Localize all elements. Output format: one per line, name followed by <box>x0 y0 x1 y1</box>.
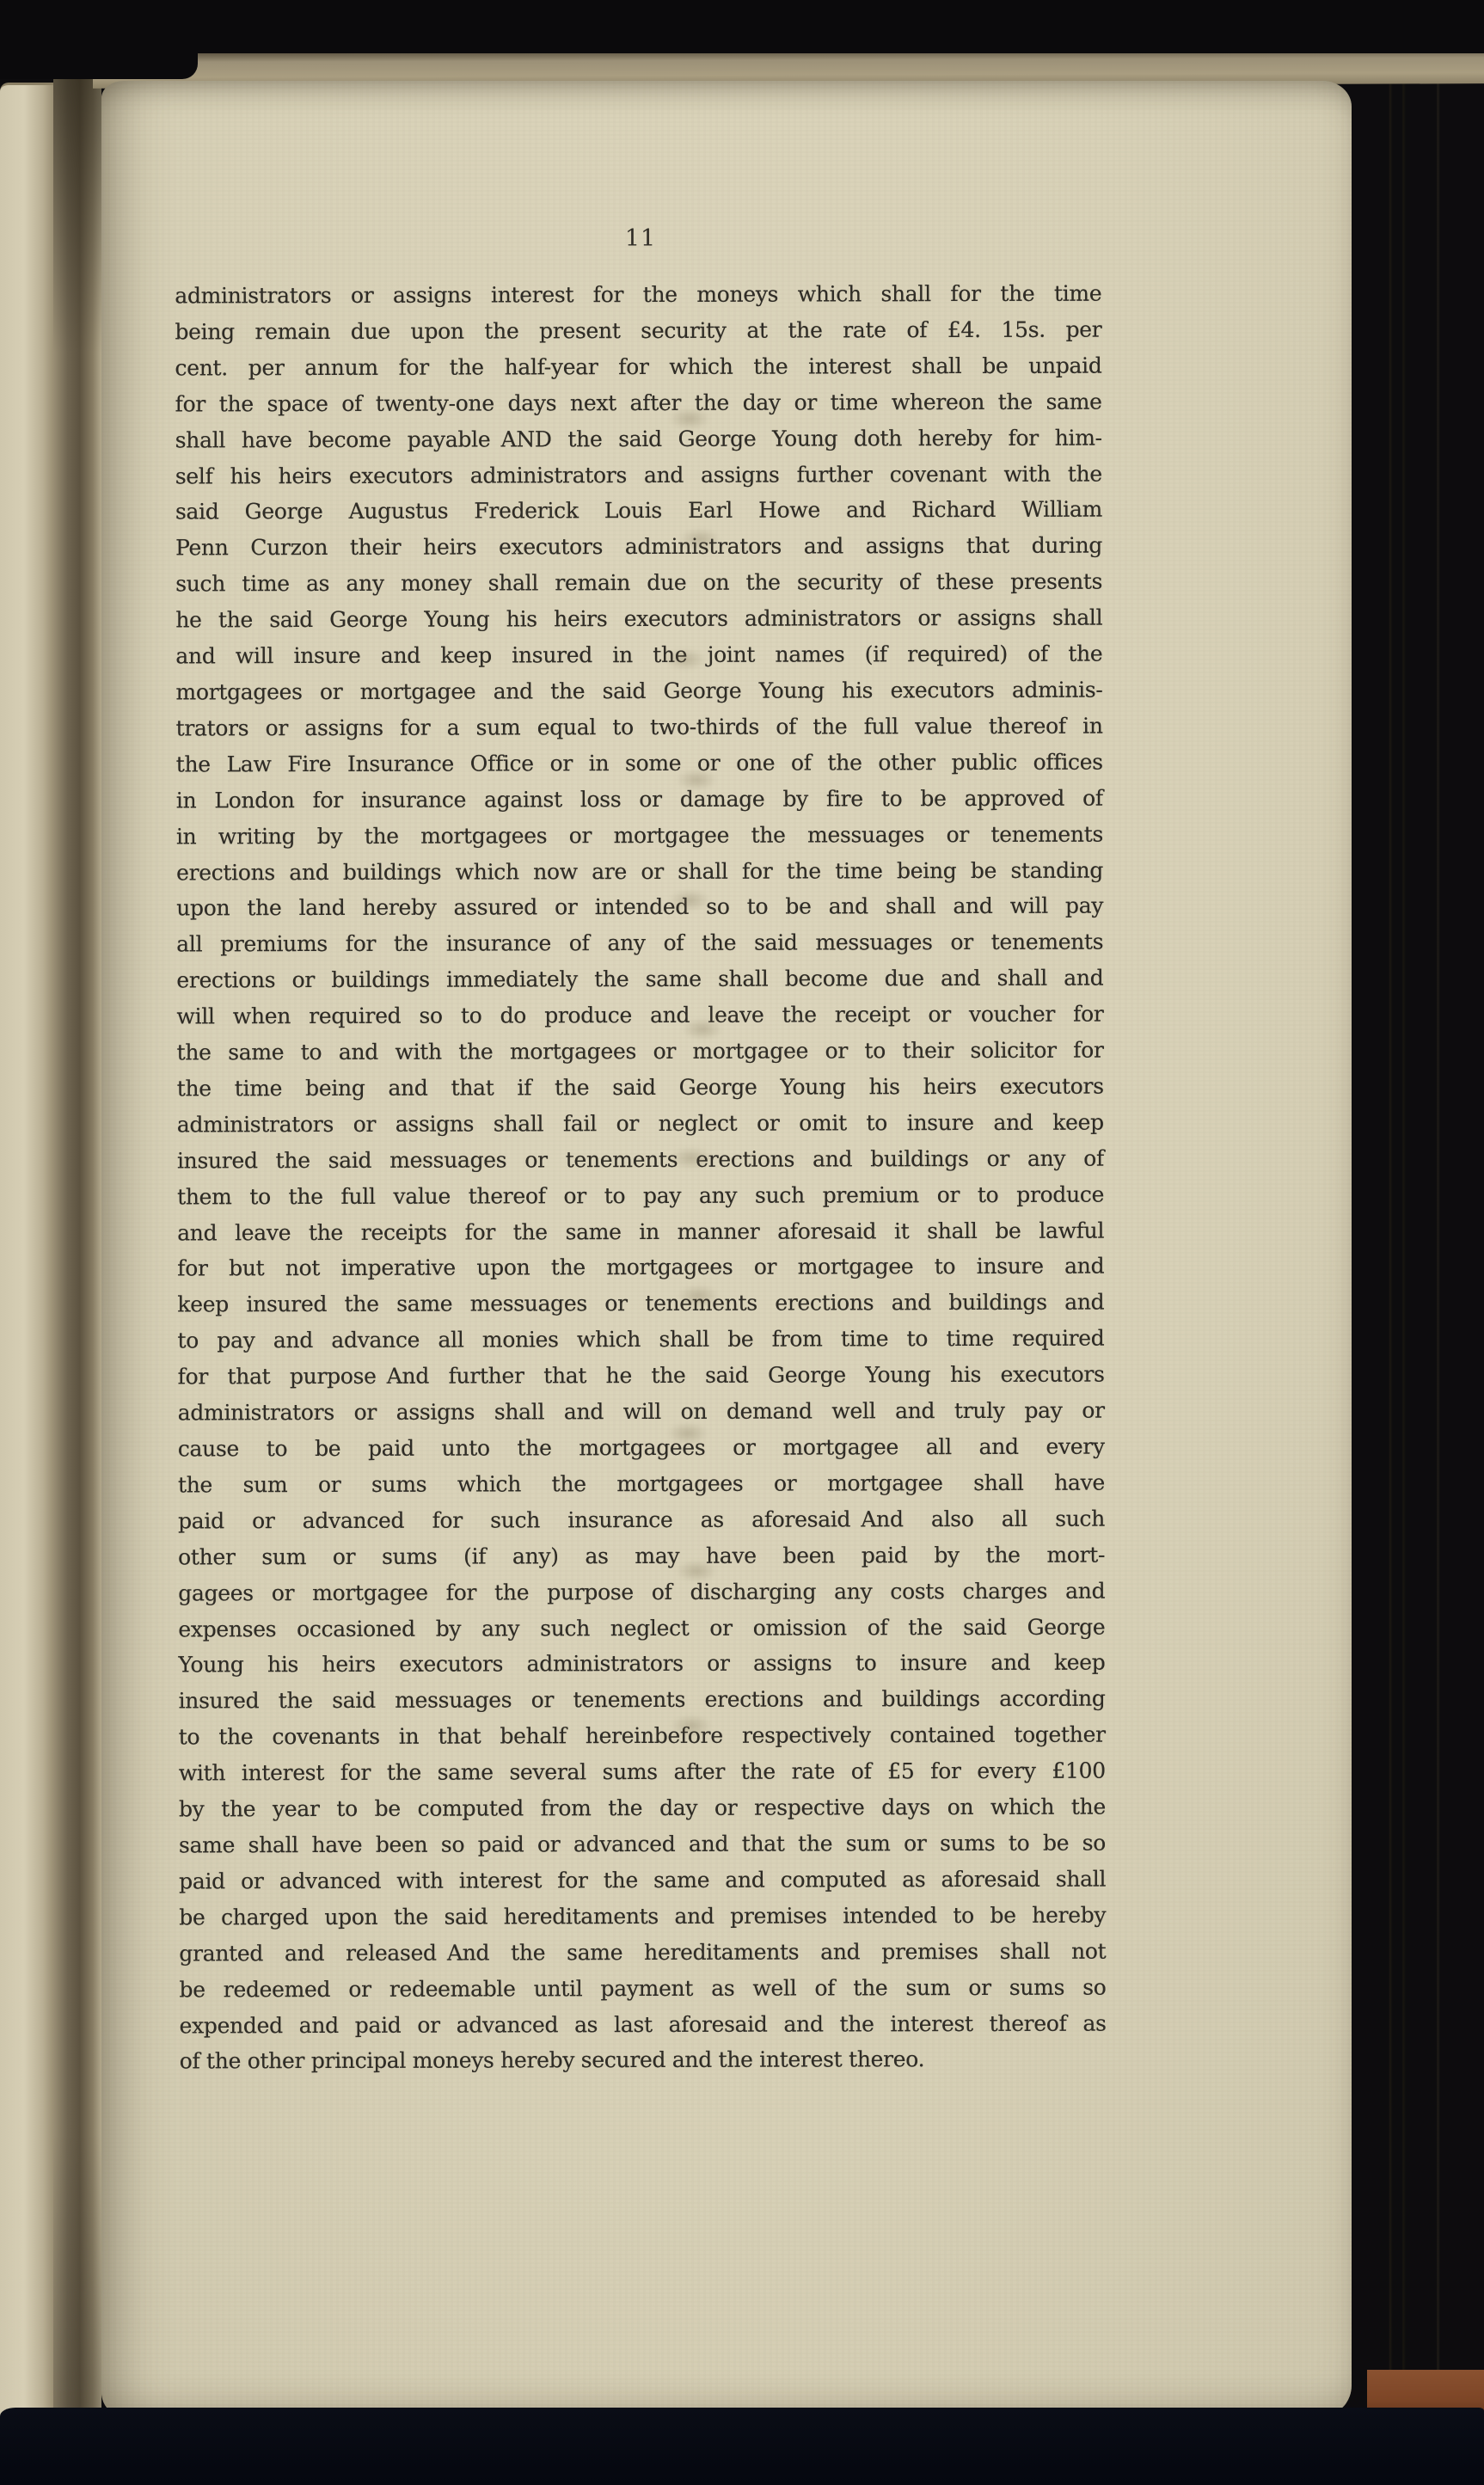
text-line: erections and buildings which now are or… <box>176 852 1103 891</box>
text-line: expenses occasioned by any such neglect … <box>178 1609 1105 1647</box>
text-line: the sum or sums which the mortgagees or … <box>178 1464 1105 1503</box>
text-line: such time as any money shall remain due … <box>175 564 1102 603</box>
text-line: to pay and advance all monies which shal… <box>177 1321 1104 1359</box>
page-number: 11 <box>177 225 1104 252</box>
show-through-smudge <box>671 1147 712 1169</box>
text-line: will when required so to do produce and … <box>176 997 1103 1035</box>
text-line: the same to and with the mortgagees or m… <box>177 1033 1104 1071</box>
text-line: with interest for the same several sums … <box>179 1753 1106 1792</box>
text-line: administrators or assigns shall and will… <box>178 1393 1105 1432</box>
text-line: cause to be paid unto the mortgagees or … <box>178 1429 1105 1468</box>
gutter-shadow <box>53 72 101 2413</box>
show-through-smudge <box>676 1560 717 1582</box>
text-line: upon the land hereby assured or intended… <box>176 888 1103 927</box>
text-line: shall have become payable AND the said G… <box>175 420 1102 458</box>
show-through-smudge <box>682 1018 723 1040</box>
text-line: for but not imperative upon the mortgage… <box>177 1249 1104 1287</box>
facing-page-edge <box>0 83 53 2421</box>
text-line: insured the said messuages or tenements … <box>179 1681 1106 1720</box>
show-through-smudge <box>671 1715 712 1737</box>
text-line: the Law Fire Insurance Office or in some… <box>176 744 1103 782</box>
text-line: expended and paid or advanced as last af… <box>180 2005 1107 2044</box>
text-line: trators or assigns for a sum equal to tw… <box>176 708 1103 746</box>
show-through-smudge <box>669 408 710 430</box>
text-line: all premiums for the insurance of any of… <box>176 924 1103 963</box>
show-through-smudge <box>665 648 706 671</box>
binding-bottom <box>0 2408 1484 2485</box>
show-through-smudge <box>667 1422 708 1445</box>
text-line: administrators or assigns interest for t… <box>175 276 1101 315</box>
text-line: paid or advanced for such insurance as a… <box>178 1500 1105 1539</box>
text-line: in writing by the mortgagees or mortgage… <box>176 816 1103 855</box>
text-line: for the space of twenty-one days next af… <box>175 383 1102 422</box>
text-line: by the year to be computed from the day … <box>179 1789 1106 1828</box>
show-through-smudge <box>679 528 721 550</box>
binding-top <box>0 0 1484 53</box>
show-through-smudge <box>676 769 717 791</box>
document-page: 11 administrators or assigns interest fo… <box>101 81 1352 2414</box>
text-line: be charged upon the said hereditaments a… <box>179 1897 1106 1936</box>
text-line: said George Augustus Frederick Louis Ear… <box>175 492 1102 531</box>
text-block: administrators or assigns interest for t… <box>175 276 1106 2080</box>
text-line: cent. per annum for the half-year for wh… <box>175 347 1101 386</box>
text-line: them to the full value thereof or to pay… <box>177 1176 1104 1215</box>
show-through-smudge <box>669 889 710 911</box>
binding-top-left <box>0 0 198 79</box>
text-line: keep insured the same messuages or tenem… <box>177 1285 1104 1323</box>
text-line: to the covenants in that behalf hereinbe… <box>179 1717 1106 1756</box>
text-line: erections or buildings immediately the s… <box>176 960 1103 999</box>
text-line: he the said George Young his heirs execu… <box>175 600 1102 639</box>
text-line: granted and released And the same heredi… <box>179 1933 1106 1972</box>
text-line: paid or advanced with interest for the s… <box>179 1861 1106 1899</box>
text-line: Young his heirs executors administrators… <box>178 1645 1105 1684</box>
show-through-smudge <box>678 1285 719 1307</box>
fore-edge-page-stack <box>1352 50 1484 2409</box>
text-line: Penn Curzon their heirs executors admini… <box>175 528 1102 567</box>
text-line: other sum or sums (if any) as may have b… <box>178 1537 1105 1575</box>
book-page-photo: 11 administrators or assigns interest fo… <box>0 0 1484 2485</box>
text-line: self his heirs executors administrators … <box>175 456 1102 494</box>
text-line: and leave the receipts for the same in m… <box>177 1212 1104 1251</box>
text-line: for that purpose And further that he the… <box>178 1357 1105 1396</box>
text-line: be redeemed or redeemable until payment … <box>179 1969 1106 2008</box>
text-line: insured the said messuages or tenements … <box>177 1140 1104 1179</box>
text-line: in London for insurance against loss or … <box>176 780 1103 819</box>
text-line: mortgagees or mortgagee and the said Geo… <box>175 672 1102 711</box>
text-line: gagees or mortgagee for the purpose of d… <box>178 1573 1105 1611</box>
text-line: the time being and that if the said Geor… <box>177 1069 1104 1108</box>
text-line: being remain due upon the present securi… <box>175 311 1101 350</box>
text-line: of the other principal moneys hereby sec… <box>180 2041 1107 2080</box>
text-line: and will insure and keep insured in the … <box>175 636 1102 675</box>
text-line: administrators or assigns shall fail or … <box>177 1104 1104 1143</box>
text-line: same shall have been so paid or advanced… <box>179 1825 1106 1864</box>
